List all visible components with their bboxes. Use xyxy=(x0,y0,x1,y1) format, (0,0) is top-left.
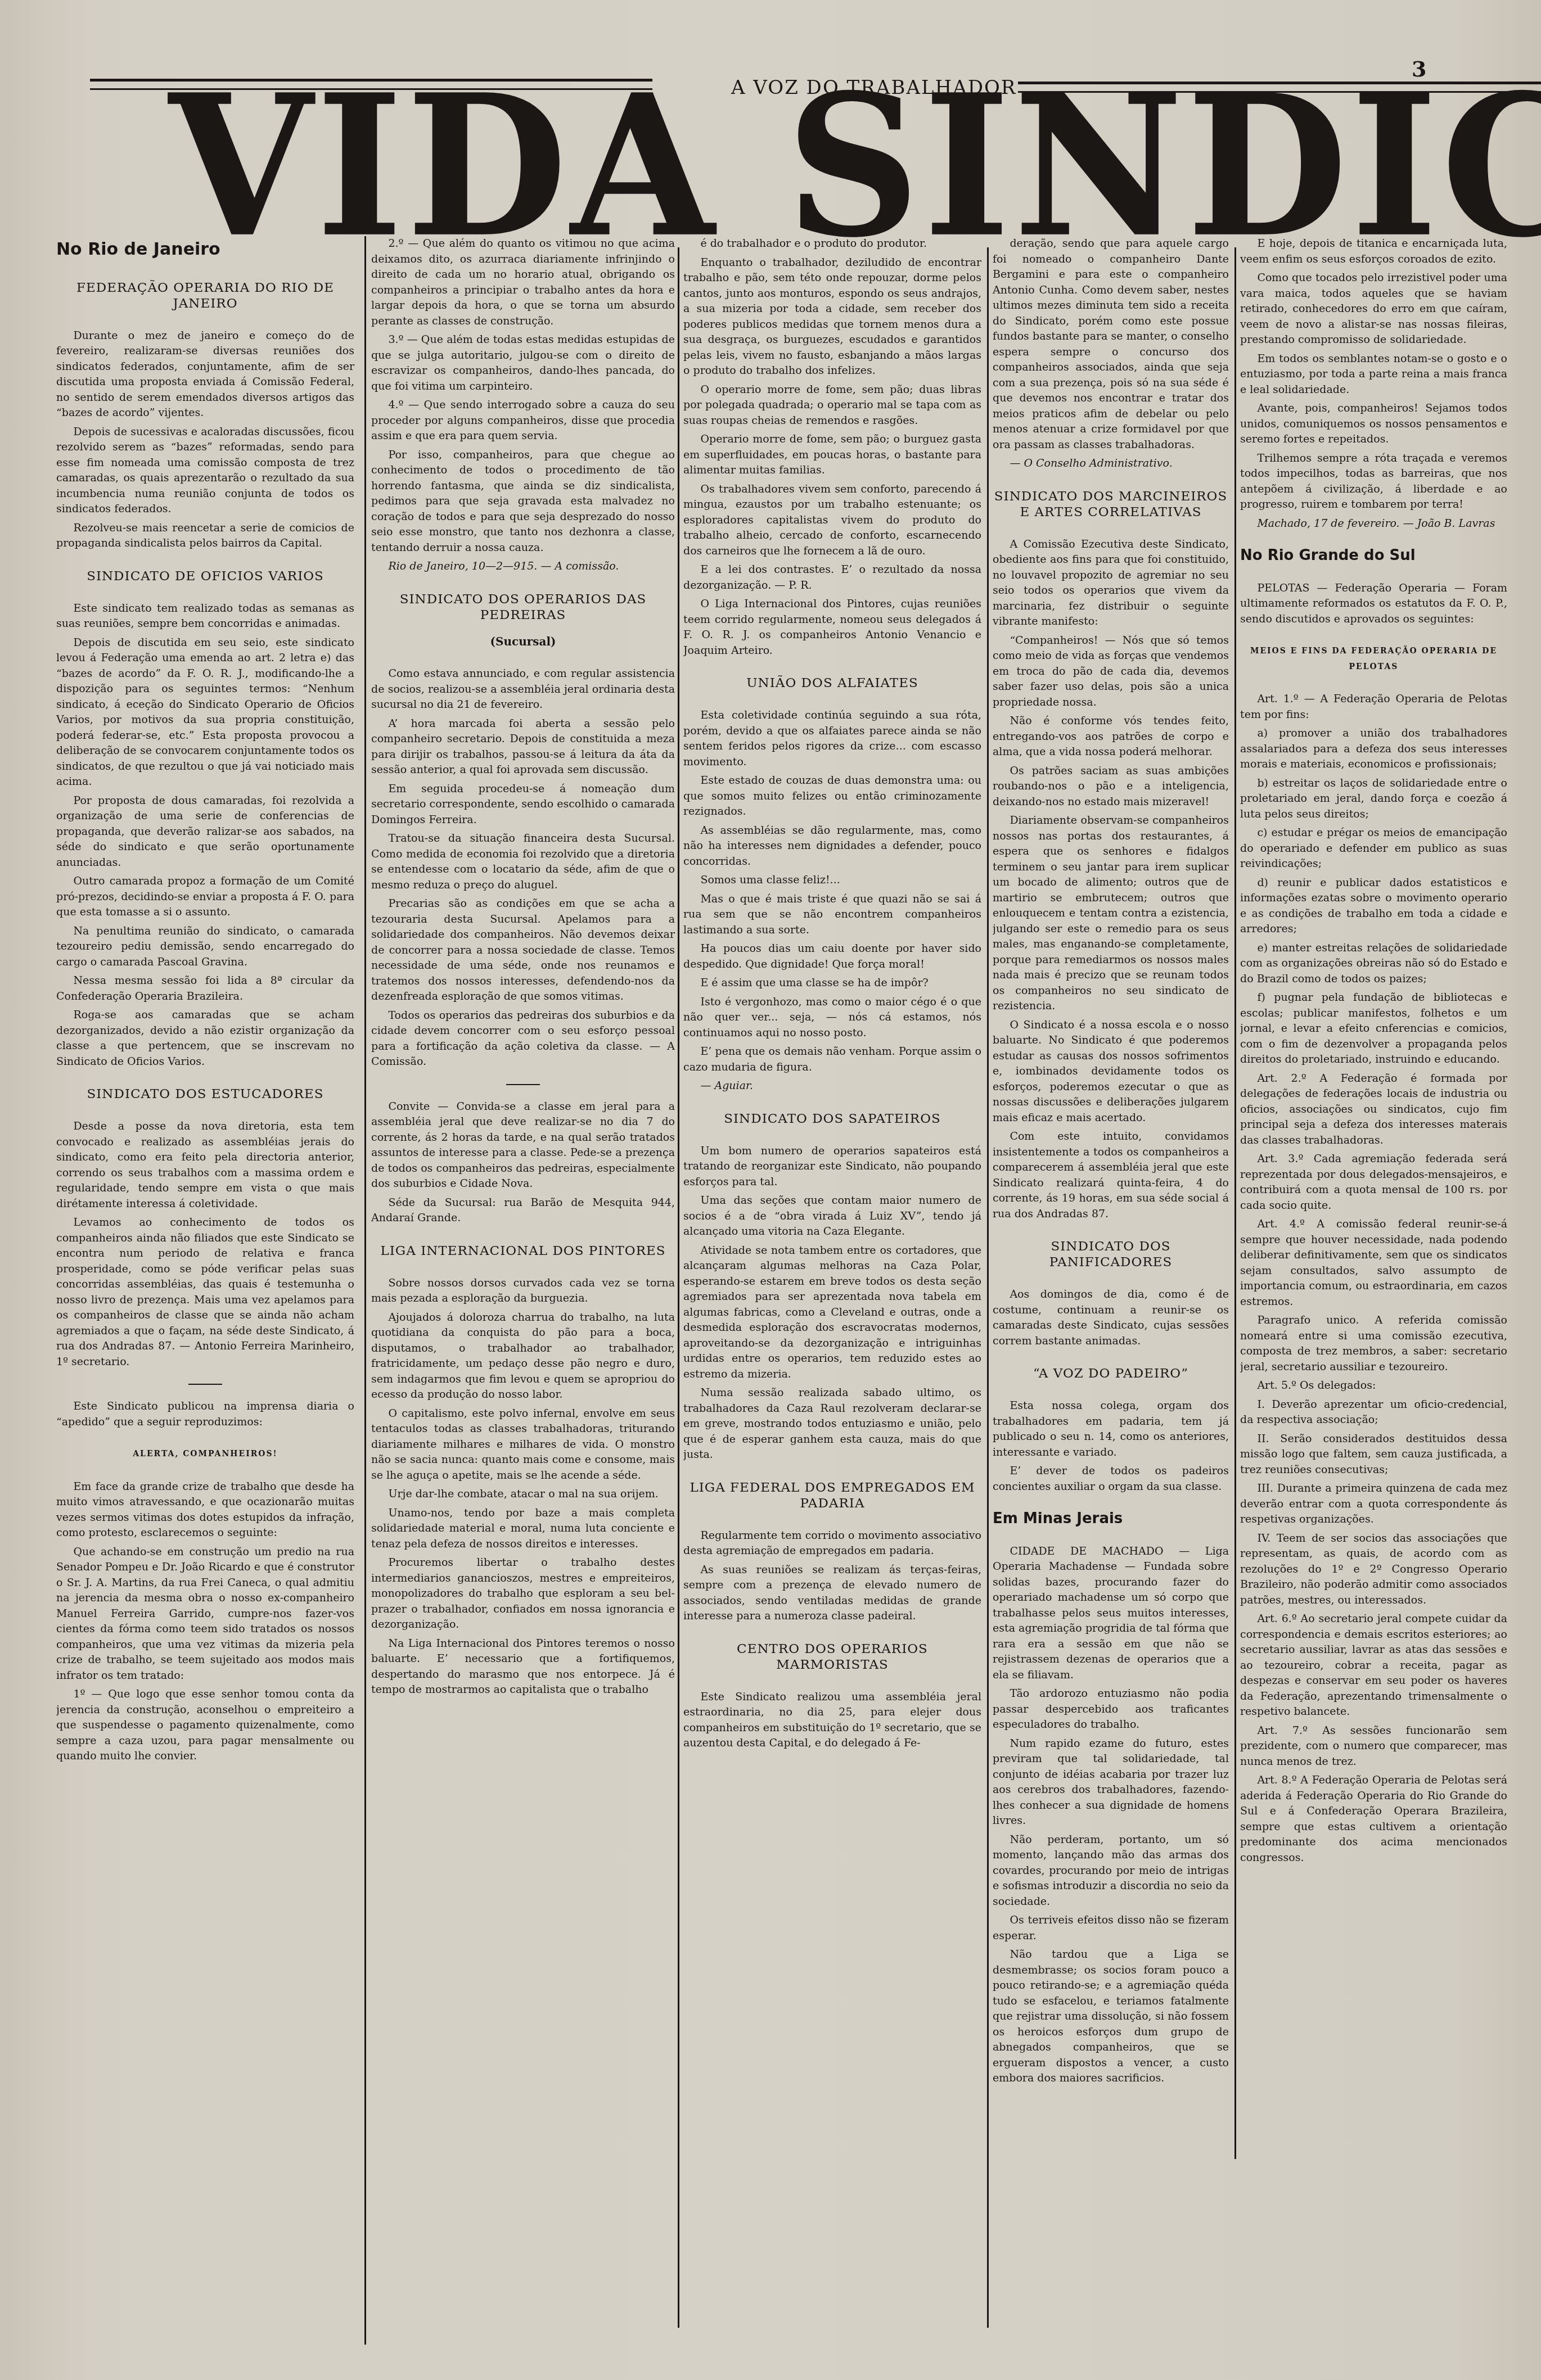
paragraph: Este Sindicato publicou na imprensa diar… xyxy=(56,1399,354,1430)
paragraph: Somos uma classe feliz!... xyxy=(683,873,981,888)
paragraph: As suas reuniões se realizam ás terças-f… xyxy=(683,1562,981,1624)
article-clause: f) pugnar pela fundação de bibliotecas e… xyxy=(1240,990,1507,1068)
signature: Machado, 17 de fevereiro. — João B. Lavr… xyxy=(1240,516,1507,532)
paragraph: Como estava annunciado, e com regular as… xyxy=(371,666,675,713)
article-heading: SINDICATO DOS OPERARIOS DAS PEDREIRAS xyxy=(371,591,675,623)
paragraph: Levamos ao conhecimento de todos os comp… xyxy=(56,1215,354,1370)
article-clause: d) reunir e publicar dados estatisticos … xyxy=(1240,875,1507,937)
article-clause: Art. 8.º A Federação Operaria de Pelotas… xyxy=(1240,1773,1507,1866)
region-heading-minas: Em Minas Jerais xyxy=(993,1511,1229,1527)
paragraph: O operario morre de fome, sem pão; duas … xyxy=(683,382,981,429)
paragraph: O Liga Internacional dos Pintores, cujas… xyxy=(683,597,981,658)
paragraph: Trilhemos sempre a róta traçada e veremo… xyxy=(1240,451,1507,513)
paragraph: Os patrões saciam as suas ambições rouba… xyxy=(993,764,1229,810)
article-clause: Art. 6.º Ao secretario jeral compete cui… xyxy=(1240,1611,1507,1720)
paragraph: Como que tocados pelo irrezistivel poder… xyxy=(1240,270,1507,348)
paragraph: O Sindicato é a nossa escola e o nosso b… xyxy=(993,1018,1229,1126)
paragraph: Regularmente tem corrido o movimento ass… xyxy=(683,1528,981,1559)
paragraph: A Comissão Ezecutiva deste Sindicato, ob… xyxy=(993,537,1229,630)
paragraph: Séde da Sucursal: rua Barão de Mesquita … xyxy=(371,1195,675,1226)
column-rule xyxy=(1234,247,1236,2159)
paragraph: Num rapido ezame do futuro, estes previr… xyxy=(993,1736,1229,1829)
paragraph: Enquanto o trabalhador, deziludido de en… xyxy=(683,255,981,379)
signature: Rio de Janeiro, 10—2—915. — A comissão. xyxy=(371,559,675,575)
article-heading: “A VOZ DO PADEIRO” xyxy=(993,1366,1229,1381)
signature: — Aguiar. xyxy=(683,1078,981,1094)
paragraph: Depois de discutida em seu seio, este si… xyxy=(56,635,354,790)
column-rule xyxy=(987,247,989,2328)
paragraph: é do trabalhador e o produto do produtor… xyxy=(683,236,981,252)
article-clause: Art. 5.º Os delegados: xyxy=(1240,1378,1507,1394)
paragraph: Não perderam, portanto, um só momento, l… xyxy=(993,1832,1229,1910)
paragraph: “Companheiros! — Nós que só temos como m… xyxy=(993,633,1229,711)
article-clause: Art. 2.º A Federação é formada por deleg… xyxy=(1240,1071,1507,1149)
paragraph: Este estado de couzas de duas demonstra … xyxy=(683,773,981,820)
paragraph: 4.º — Que sendo interrogado sobre a cauz… xyxy=(371,398,675,444)
paragraph: Outro camarada propoz a formação de um C… xyxy=(56,874,354,920)
paragraph: 1º — Que logo que esse senhor tomou cont… xyxy=(56,1687,354,1764)
section-title: VIDA SINDICAL xyxy=(169,95,1384,237)
paragraph: Esta nossa colega, orgam dos trabalhador… xyxy=(993,1398,1229,1460)
region-heading-rio-grande: No Rio Grande do Sul xyxy=(1240,548,1507,564)
paragraph: Um bom numero de operarios sapateiros es… xyxy=(683,1144,981,1190)
paragraph: Não tardou que a Liga se desmembrasse; o… xyxy=(993,1947,1229,2087)
paragraph: O capitalismo, este polvo infernal, envo… xyxy=(371,1406,675,1484)
column-3: é do trabalhador e o produto do produtor… xyxy=(683,236,981,2350)
paragraph: Tão ardorozo entuziasmo não podia passar… xyxy=(993,1686,1229,1733)
article-heading: UNIÃO DOS ALFAIATES xyxy=(683,675,981,691)
article-heading: SINDICATO DOS PANIFICADORES xyxy=(993,1239,1229,1270)
paragraph: Por isso, companheiros, para que chegue … xyxy=(371,448,675,556)
paragraph: Depois de sucessivas e acaloradas discus… xyxy=(56,424,354,517)
paragraph: Este sindicato tem realizado todas as se… xyxy=(56,601,354,632)
paragraph: Não é conforme vós tendes feito, entrega… xyxy=(993,713,1229,760)
paragraph: E a lei dos contrastes. E’ o rezultado d… xyxy=(683,562,981,593)
paragraph: Com este intuito, convidamos insistentem… xyxy=(993,1129,1229,1222)
paragraph: Em todos os semblantes notam-se o gosto … xyxy=(1240,351,1507,398)
paragraph: Desde a posse da nova diretoria, esta te… xyxy=(56,1119,354,1212)
paragraph: Tratou-se da situação financeira desta S… xyxy=(371,831,675,893)
sub-heading: MEIOS E FINS DA FEDERAÇÃO OPERARIA DE PE… xyxy=(1240,644,1507,675)
article-clause: I. Deverão aprezentar um oficio-credenci… xyxy=(1240,1397,1507,1428)
article-clause: Art. 7.º As sessões funcionarão sem prez… xyxy=(1240,1723,1507,1770)
paragraph: Em face da grande crize de trabalho que … xyxy=(56,1479,354,1541)
paragraph: Na Liga Internacional dos Pintores terem… xyxy=(371,1636,675,1698)
paragraph: CIDADE DE MACHADO — Liga Operaria Machad… xyxy=(993,1544,1229,1683)
paragraph: Mas o que é mais triste é que quazi não … xyxy=(683,892,981,938)
article-clause: II. Serão considerados destituidos dessa… xyxy=(1240,1431,1507,1478)
column-4: deração, sendo que para aquele cargo foi… xyxy=(993,236,1229,2350)
paragraph: Os trabalhadores vivem sem conforto, par… xyxy=(683,482,981,559)
sub-heading: ALERTA, COMPANHEIROS! xyxy=(56,1447,354,1462)
divider xyxy=(506,1084,540,1085)
paragraph: Unamo-nos, tendo por baze a mais complet… xyxy=(371,1506,675,1552)
article-heading: SINDICATO DOS SAPATEIROS xyxy=(683,1111,981,1127)
article-clause: e) manter estreitas relações de solidari… xyxy=(1240,941,1507,987)
paragraph: Em seguida procedeu-se á nomeação dum se… xyxy=(371,782,675,828)
article-heading: LIGA FEDERAL DOS EMPREGADOS EM PADARIA xyxy=(683,1480,981,1511)
region-heading-rio: No Rio de Janeiro xyxy=(56,242,354,258)
paragraph: Convite — Convida-se a classe em jeral p… xyxy=(371,1099,675,1192)
columns: No Rio de Janeiro FEDERAÇÃO OPERARIA DO … xyxy=(56,236,1507,2350)
paragraph: Ajoujados á doloroza charrua do trabalho… xyxy=(371,1310,675,1403)
article-clause: Art. 3.º Cada agremiação federada será r… xyxy=(1240,1151,1507,1213)
paragraph: Aos domingos de dia, como é de costume, … xyxy=(993,1287,1229,1349)
paragraph: deração, sendo que para aquele cargo foi… xyxy=(993,236,1229,453)
paragraph: Todos os operarios das pedreiras dos sub… xyxy=(371,1008,675,1070)
paragraph: Precarias são as condições em que se ach… xyxy=(371,896,675,1005)
paragraph: Procuremos libertar o trabalho destes in… xyxy=(371,1555,675,1633)
paragraph: E é assim que uma classe se ha de impôr? xyxy=(683,976,981,991)
column-2: 2.º — Que além do quanto os vitimou no q… xyxy=(371,236,675,2350)
article-heading: LIGA INTERNACIONAL DOS PINTORES xyxy=(371,1243,675,1259)
article-clause: III. Durante a primeira quinzena de cada… xyxy=(1240,1481,1507,1528)
paragraph: Esta coletividade continúa seguindo a su… xyxy=(683,708,981,770)
paragraph: Os terriveis efeitos disso não se fizera… xyxy=(993,1913,1229,1944)
paragraph: Operario morre de fome, sem pão; o burgu… xyxy=(683,432,981,478)
paragraph: PELOTAS — Federação Operaria — Foram ult… xyxy=(1240,581,1507,627)
paragraph: 3.º — Que além de todas estas medidas es… xyxy=(371,332,675,394)
article-heading: FEDERAÇÃO OPERARIA DO RIO DE JANEIRO xyxy=(56,280,354,311)
paragraph: Ha poucos dias um caiu doente por haver … xyxy=(683,941,981,972)
paragraph: Atividade se nota tambem entre os cortad… xyxy=(683,1243,981,1383)
column-rule xyxy=(364,236,366,2345)
article-heading: CENTRO DOS OPERARIOS MARMORISTAS xyxy=(683,1641,981,1673)
column-1: No Rio de Janeiro FEDERAÇÃO OPERARIA DO … xyxy=(56,236,360,2350)
paragraph: Este Sindicato realizou uma assembléia j… xyxy=(683,1690,981,1751)
paragraph: Por proposta de dous camaradas, foi rezo… xyxy=(56,793,354,871)
article-clause: c) estudar e prégar os meios de emancipa… xyxy=(1240,825,1507,872)
column-rule xyxy=(678,247,679,2328)
article-heading: SINDICATO DOS MARCINEIROS E ARTES CORREL… xyxy=(993,489,1229,520)
article-heading: SINDICATO DOS ESTUCADORES xyxy=(56,1086,354,1102)
paragraph: E hoje, depois de titanica e encarniçada… xyxy=(1240,236,1507,267)
article-heading: SINDICATO DE OFICIOS VARIOS xyxy=(56,568,354,584)
paragraph: Uma das seções que contam maior numero d… xyxy=(683,1193,981,1240)
divider xyxy=(188,1384,222,1385)
paragraph: Avante, pois, companheiros! Sejamos todo… xyxy=(1240,401,1507,448)
paragraph: Diariamente observam-se companheiros nos… xyxy=(993,813,1229,1014)
article-clause: Art. 1.º — A Federação Operaria de Pelot… xyxy=(1240,692,1507,722)
article-clause: b) estreitar os laços de solidariedade e… xyxy=(1240,776,1507,823)
paragraph: A’ hora marcada foi aberta a sessão pelo… xyxy=(371,716,675,778)
paragraph: E’ dever de todos os padeiros concientes… xyxy=(993,1464,1229,1494)
article-clause: IV. Teem de ser socios das associações q… xyxy=(1240,1531,1507,1609)
column-5: E hoje, depois de titanica e encarniçada… xyxy=(1240,236,1507,2350)
paragraph: Rezolveu-se mais reencetar a serie de co… xyxy=(56,521,354,552)
signature: — O Conselho Administrativo. xyxy=(993,456,1229,472)
paragraph: As assembléias se dão regularmente, mas,… xyxy=(683,823,981,870)
paragraph: Durante o mez de janeiro e começo do de … xyxy=(56,328,354,421)
paragraph: Roga-se aos camaradas que se acham dezor… xyxy=(56,1008,354,1069)
article-clause: Art. 4.º A comissão federal reunir-se-á … xyxy=(1240,1217,1507,1309)
paragraph: Que achando-se em construção um predio n… xyxy=(56,1544,354,1684)
paragraph: Urje dar-lhe combate, atacar o mal na su… xyxy=(371,1487,675,1502)
article-subheading: (Sucursal) xyxy=(371,634,675,650)
paragraph: E’ pena que os demais não venham. Porque… xyxy=(683,1044,981,1075)
paragraph: Na penultima reunião do sindicato, o cam… xyxy=(56,924,354,970)
paragraph: Sobre nossos dorsos curvados cada vez se… xyxy=(371,1276,675,1307)
paragraph: Nessa mesma sessão foi lida a 8ª circula… xyxy=(56,973,354,1004)
paragraph: Isto é vergonhozo, mas como o maior cégo… xyxy=(683,995,981,1041)
newspaper-page: A VOZ DO TRABALHADOR 3 VIDA SINDICAL No … xyxy=(0,0,1541,2380)
article-clause: Paragrafo unico. A referida comissão nom… xyxy=(1240,1313,1507,1375)
article-clause: a) promover a união dos trabalhadores as… xyxy=(1240,726,1507,773)
paragraph: 2.º — Que além do quanto os vitimou no q… xyxy=(371,236,675,329)
paragraph: Numa sessão realizada sabado ultimo, os … xyxy=(683,1385,981,1463)
